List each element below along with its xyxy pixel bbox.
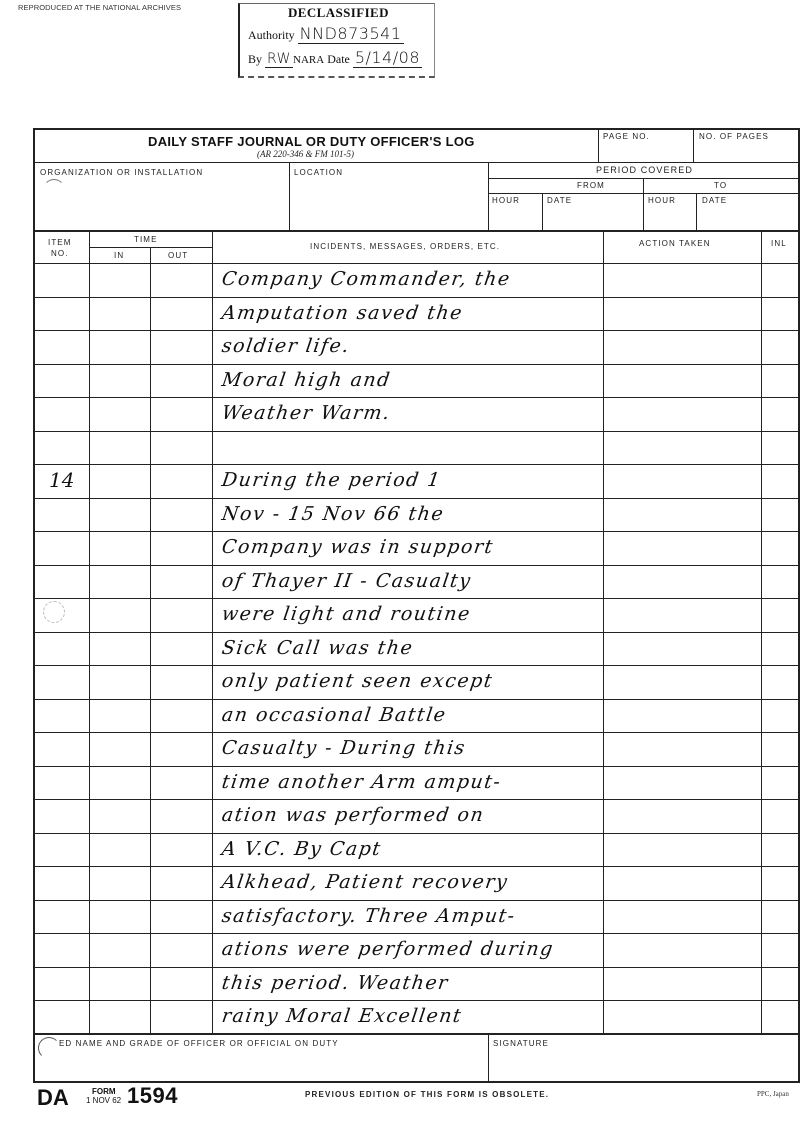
action-taken-cell[interactable] <box>606 502 758 528</box>
time-out-cell[interactable] <box>153 837 209 863</box>
col-action-label: ACTION TAKEN <box>639 239 711 248</box>
row-divider <box>35 699 800 700</box>
time-in-cell[interactable] <box>92 803 147 829</box>
divider <box>35 230 800 232</box>
punch-hole-mark <box>43 179 65 201</box>
no-of-pages-field[interactable] <box>697 142 795 160</box>
incident-text-cell[interactable]: Company was in support <box>220 536 495 558</box>
form-word-date: FORM 1 NOV 62 <box>86 1087 121 1105</box>
location-label: LOCATION <box>294 168 343 177</box>
row-divider <box>35 598 800 599</box>
divider <box>542 193 543 230</box>
initials-cell[interactable] <box>764 267 797 293</box>
divider <box>693 130 694 162</box>
col-time-label: TIME <box>134 235 158 244</box>
action-taken-cell[interactable] <box>606 870 758 896</box>
col-incidents-label: INCIDENTS, MESSAGES, ORDERS, ETC. <box>310 242 500 251</box>
time-out-cell[interactable] <box>153 334 209 360</box>
organization-label: ORGANIZATION OR INSTALLATION <box>40 168 203 177</box>
incident-text-cell[interactable]: Sick Call was the <box>220 637 414 659</box>
time-in-cell[interactable] <box>92 837 147 863</box>
action-taken-cell[interactable] <box>606 334 758 360</box>
time-in-cell[interactable] <box>92 468 147 494</box>
from-hour-field[interactable] <box>490 206 540 228</box>
row-divider <box>35 498 800 499</box>
action-taken-cell[interactable] <box>606 468 758 494</box>
time-out-cell[interactable] <box>153 870 209 896</box>
form-subtitle: (AR 220-346 & FM 101-5) <box>257 149 354 159</box>
initials-cell[interactable] <box>764 1004 797 1030</box>
row-divider <box>35 900 800 901</box>
action-taken-cell[interactable] <box>606 267 758 293</box>
initials-cell[interactable] <box>764 971 797 997</box>
row-divider <box>35 766 800 767</box>
daily-staff-journal-form: DAILY STAFF JOURNAL OR DUTY OFFICER'S LO… <box>33 128 800 1083</box>
period-to-label: TO <box>714 181 727 190</box>
initials-cell[interactable] <box>764 937 797 963</box>
time-in-cell[interactable] <box>92 435 147 461</box>
action-taken-cell[interactable] <box>606 301 758 327</box>
location-field[interactable] <box>293 180 485 226</box>
action-taken-cell[interactable] <box>606 435 758 461</box>
time-out-cell[interactable] <box>153 401 209 427</box>
incident-text-cell[interactable]: Amputation saved the <box>220 302 464 324</box>
divider <box>488 193 800 194</box>
incident-text-cell[interactable]: an occasional Battle <box>220 704 448 726</box>
form-date: 1 NOV 62 <box>86 1096 121 1105</box>
stamp-date-value: 5/14/08 <box>353 48 422 68</box>
col-out-label: OUT <box>168 251 188 260</box>
time-in-cell[interactable] <box>92 368 147 394</box>
declassified-stamp: DECLASSIFIED Authority NND873541 By RWNA… <box>238 3 435 78</box>
initials-cell[interactable] <box>764 334 797 360</box>
organization-field[interactable] <box>39 180 285 226</box>
incident-text-cell[interactable]: Company Commander, the <box>220 268 512 290</box>
incident-text-cell[interactable]: of Thayer II - Casualty <box>220 570 473 592</box>
incident-text-cell[interactable]: soldier life. <box>220 335 351 357</box>
divider <box>488 1033 489 1083</box>
col-item-label: ITEM <box>48 238 72 247</box>
time-in-cell[interactable] <box>92 602 147 628</box>
time-out-cell[interactable] <box>153 703 209 729</box>
col-in-label: IN <box>114 251 124 260</box>
time-in-cell[interactable] <box>92 870 147 896</box>
action-taken-cell[interactable] <box>606 904 758 930</box>
period-from-label: FROM <box>577 181 605 190</box>
time-out-cell[interactable] <box>153 904 209 930</box>
incident-text-cell[interactable]: ation was performed on <box>220 804 485 826</box>
time-out-cell[interactable] <box>153 1004 209 1030</box>
action-taken-cell[interactable] <box>606 535 758 561</box>
initials-cell[interactable] <box>764 468 797 494</box>
from-date-label: DATE <box>547 196 572 205</box>
printer-mark: PPC, Japan <box>757 1090 789 1098</box>
divider <box>289 162 290 230</box>
to-date-label: DATE <box>702 196 727 205</box>
time-in-cell[interactable] <box>92 569 147 595</box>
action-taken-cell[interactable] <box>606 837 758 863</box>
previous-edition-note: PREVIOUS EDITION OF THIS FORM IS OBSOLET… <box>305 1090 549 1099</box>
item-no-cell[interactable]: 14 <box>49 468 74 492</box>
to-date-field[interactable] <box>699 206 797 228</box>
row-divider <box>35 330 800 331</box>
action-taken-cell[interactable] <box>606 636 758 662</box>
initials-cell[interactable] <box>764 703 797 729</box>
action-taken-cell[interactable] <box>606 803 758 829</box>
col-no-label: NO. <box>51 249 69 258</box>
signature-label: SIGNATURE <box>493 1039 549 1048</box>
divider <box>598 130 599 162</box>
divider <box>35 162 800 163</box>
initials-cell[interactable] <box>764 435 797 461</box>
page-no-label: PAGE NO. <box>603 132 650 141</box>
incident-text-cell[interactable]: Nov - 15 Nov 66 the <box>220 503 445 525</box>
row-divider <box>35 464 800 465</box>
row-divider <box>35 565 800 566</box>
initials-cell[interactable] <box>764 636 797 662</box>
form-number: 1594 <box>127 1083 178 1109</box>
time-out-cell[interactable] <box>153 435 209 461</box>
incident-text-cell[interactable]: During the period 1 <box>220 469 442 491</box>
action-taken-cell[interactable] <box>606 569 758 595</box>
to-hour-field[interactable] <box>646 206 694 228</box>
form-word: FORM <box>86 1087 121 1096</box>
initials-cell[interactable] <box>764 502 797 528</box>
row-divider <box>35 397 800 398</box>
time-out-cell[interactable] <box>153 301 209 327</box>
initials-cell[interactable] <box>764 803 797 829</box>
time-in-cell[interactable] <box>92 1004 147 1030</box>
time-out-cell[interactable] <box>153 502 209 528</box>
time-in-cell[interactable] <box>92 669 147 695</box>
from-hour-label: HOUR <box>492 196 520 205</box>
divider <box>35 1033 800 1035</box>
period-covered-label: PERIOD COVERED <box>596 165 693 175</box>
row-divider <box>35 866 800 867</box>
time-out-cell[interactable] <box>153 669 209 695</box>
officer-name-label: ED NAME AND GRADE OF OFFICER OR OFFICIAL… <box>59 1039 339 1048</box>
row-divider <box>35 297 800 298</box>
stamp-by-label: By <box>248 52 262 66</box>
incident-text-cell[interactable]: ations were performed during <box>220 938 555 960</box>
time-in-cell[interactable] <box>92 703 147 729</box>
archives-header-note: REPRODUCED AT THE NATIONAL ARCHIVES <box>18 3 181 12</box>
time-out-cell[interactable] <box>153 602 209 628</box>
time-in-cell[interactable] <box>92 937 147 963</box>
row-divider <box>35 531 800 532</box>
time-out-cell[interactable] <box>153 636 209 662</box>
divider <box>150 247 151 1033</box>
initials-cell[interactable] <box>764 837 797 863</box>
divider <box>696 193 697 230</box>
stamp-title: DECLASSIFIED <box>288 5 389 21</box>
form-da-label: DA <box>37 1085 69 1111</box>
incident-text-cell[interactable]: Weather Warm. <box>220 402 392 424</box>
row-divider <box>35 799 800 800</box>
incident-text-cell[interactable]: rainy Moral Excellent <box>220 1005 463 1027</box>
page-no-field[interactable] <box>601 142 689 160</box>
action-taken-cell[interactable] <box>606 971 758 997</box>
incident-text-cell[interactable]: only patient seen except <box>220 670 494 692</box>
action-taken-cell[interactable] <box>606 937 758 963</box>
stamp-authority-label: Authority <box>248 28 295 42</box>
row-divider <box>35 364 800 365</box>
time-in-cell[interactable] <box>92 971 147 997</box>
initials-cell[interactable] <box>764 535 797 561</box>
incident-text-cell[interactable]: were light and routine <box>220 603 472 625</box>
initials-cell[interactable] <box>764 870 797 896</box>
action-taken-cell[interactable] <box>606 770 758 796</box>
action-taken-cell[interactable] <box>606 669 758 695</box>
time-in-cell[interactable] <box>92 334 147 360</box>
time-in-cell[interactable] <box>92 770 147 796</box>
incident-text-cell[interactable]: Moral high and <box>220 369 392 391</box>
from-date-field[interactable] <box>545 206 641 228</box>
time-out-cell[interactable] <box>153 535 209 561</box>
time-in-cell[interactable] <box>92 535 147 561</box>
time-out-cell[interactable] <box>153 770 209 796</box>
time-out-cell[interactable] <box>153 368 209 394</box>
action-taken-cell[interactable] <box>606 602 758 628</box>
time-in-cell[interactable] <box>92 904 147 930</box>
divider <box>488 178 800 179</box>
action-taken-cell[interactable] <box>606 401 758 427</box>
initials-cell[interactable] <box>764 669 797 695</box>
initials-cell[interactable] <box>764 770 797 796</box>
stamp-authority-line: Authority NND873541 <box>248 24 404 43</box>
divider <box>488 162 489 230</box>
action-taken-cell[interactable] <box>606 1004 758 1030</box>
initials-cell[interactable] <box>764 301 797 327</box>
time-out-cell[interactable] <box>153 736 209 762</box>
col-inl-label: INL <box>771 239 787 248</box>
signature-field[interactable] <box>493 1052 793 1078</box>
to-hour-label: HOUR <box>648 196 676 205</box>
stamp-by-initials: RW <box>265 51 293 68</box>
row-divider <box>35 732 800 733</box>
incident-text-cell[interactable]: this period. Weather <box>220 972 450 994</box>
time-in-cell[interactable] <box>92 502 147 528</box>
stamp-agency: NARA <box>293 54 324 66</box>
incident-text-cell[interactable]: Casualty - During this <box>220 737 467 759</box>
time-out-cell[interactable] <box>153 267 209 293</box>
initials-cell[interactable] <box>764 904 797 930</box>
row-divider <box>35 632 800 633</box>
row-divider <box>35 967 800 968</box>
time-in-cell[interactable] <box>92 636 147 662</box>
form-title: DAILY STAFF JOURNAL OR DUTY OFFICER'S LO… <box>148 134 475 149</box>
time-in-cell[interactable] <box>92 301 147 327</box>
time-out-cell[interactable] <box>153 468 209 494</box>
row-divider <box>35 665 800 666</box>
time-in-cell[interactable] <box>92 401 147 427</box>
incident-text-cell[interactable]: A V.C. By Capt <box>220 838 383 860</box>
initials-cell[interactable] <box>764 569 797 595</box>
time-out-cell[interactable] <box>153 803 209 829</box>
time-out-cell[interactable] <box>153 971 209 997</box>
initials-cell[interactable] <box>764 602 797 628</box>
officer-name-field[interactable] <box>41 1052 481 1078</box>
action-taken-cell[interactable] <box>606 703 758 729</box>
action-taken-cell[interactable] <box>606 736 758 762</box>
stamp-by-line: By RWNARA Date 5/14/08 <box>248 48 422 67</box>
row-divider <box>35 833 800 834</box>
row-divider <box>35 1000 800 1001</box>
time-in-cell[interactable] <box>92 736 147 762</box>
row-divider <box>35 431 800 432</box>
initials-cell[interactable] <box>764 368 797 394</box>
divider <box>643 178 644 230</box>
time-in-cell[interactable] <box>92 267 147 293</box>
incident-text-cell[interactable]: time another Arm amput- <box>220 771 503 793</box>
stamp-date-label: Date <box>327 52 350 66</box>
time-out-cell[interactable] <box>153 937 209 963</box>
punch-hole-mark <box>43 601 65 623</box>
incident-text-cell[interactable]: satisfactory. Three Amput- <box>220 905 517 927</box>
incident-text-cell[interactable]: Alkhead, Patient recovery <box>220 871 509 893</box>
initials-cell[interactable] <box>764 736 797 762</box>
stamp-authority-value: NND873541 <box>298 24 404 44</box>
no-of-pages-label: NO. OF PAGES <box>699 132 769 141</box>
initials-cell[interactable] <box>764 401 797 427</box>
action-taken-cell[interactable] <box>606 368 758 394</box>
row-divider <box>35 933 800 934</box>
time-out-cell[interactable] <box>153 569 209 595</box>
